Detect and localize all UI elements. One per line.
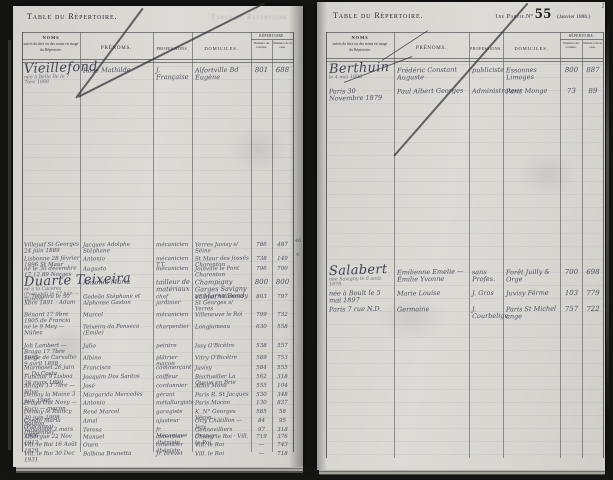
cell-profession: coiffeur [156, 374, 192, 381]
cell-profession: gérant [156, 392, 192, 399]
cell-volume: — [251, 442, 272, 448]
cell-nom-note: née Savigny le 6 août 1878 [329, 276, 392, 287]
cell-prenoms: Antonio [83, 255, 152, 262]
cell-nom: Villejuif St Georges 24 juin 1889 [24, 242, 80, 255]
cell-prenoms: Teixeira da Fonseca (Émile) [83, 323, 152, 336]
cell-domicile: Vill. le Roi [195, 451, 250, 458]
cell-volume: 786 [251, 242, 272, 248]
column-header-domiciles: DOMICILES. [192, 46, 251, 52]
cell-prenoms: Balbina Brunetta [83, 450, 152, 457]
cell-prenoms: Paul Albert Georges [397, 87, 467, 95]
row-ruling [327, 64, 603, 456]
cell-case: 722 [583, 306, 603, 314]
cell-prenoms: Julio [83, 342, 152, 349]
cell-prenoms: Teresa [83, 426, 152, 433]
column-divider [603, 32, 604, 458]
cell-prenoms: Jacques Adolphe Stéphane [83, 241, 152, 254]
column-header-domiciles: DOMICILES. [503, 46, 560, 52]
cell-prenoms: Germaine [397, 305, 467, 313]
cell-domicile: Vitry O'Bicêtre [195, 355, 250, 362]
cell-profession: Jr. Brevet [156, 451, 192, 458]
cell-volume: 585 [251, 409, 272, 415]
column-header-noms-sub: suivis du titre ou des noms en usage [23, 42, 79, 47]
cell-domicile: Essonnes Limoges [506, 67, 559, 82]
cell-nom: Bénard 17 9bre 1905 de Francia [24, 312, 80, 325]
cell-nom: Paris 7 rue N.D. [329, 305, 392, 313]
cell-prenoms: Amal [83, 417, 152, 424]
cell-prenoms: Albino [83, 354, 152, 361]
cell-domicile: Joinville le Pont Charenton [195, 266, 250, 279]
cell-volume: 84 [251, 418, 272, 424]
page-left: Table du Répertoire. Table du Répertoire… [13, 6, 303, 467]
cell-prenoms: Francisco [83, 364, 152, 371]
cell-prenoms: Gedeão Stéphane et Alphonse Gaston [83, 293, 152, 306]
cell-prenoms: Joaquim Dos Santos [83, 373, 152, 380]
cell-profession: commerçant [156, 365, 192, 372]
cell-volume: 530 [251, 392, 272, 398]
cell-profession: publiciste [472, 67, 502, 75]
cell-profession: peintre [156, 343, 192, 350]
cell-volume: 130 [251, 400, 272, 406]
cell-profession: charpentier [156, 324, 192, 331]
cell-profession: mécanicien [156, 312, 192, 319]
cell-profession: J. Gros [472, 290, 502, 298]
cell-prenoms: Antonio Maria [83, 278, 152, 286]
cell-profession: mécanicien [156, 266, 192, 273]
page-right: Table du Répertoire. 1re Partie. N° 55 (… [317, 2, 605, 470]
column-header-numero-case: Numéro de la case. [582, 41, 603, 50]
cell-profession: Administrateur [472, 88, 502, 96]
cell-profession: sans Profes. [472, 269, 502, 284]
cell-volume: 584 [251, 365, 272, 371]
cell-case: 779 [583, 290, 603, 298]
cell-volume: 799 [251, 312, 272, 318]
cell-profession: métallurgiste [156, 400, 192, 407]
cell-prenoms: Marie Louise [397, 289, 467, 297]
cell-domicile: Paris Macon [195, 400, 250, 407]
cell-domicile: Juvisy Férme [506, 290, 559, 298]
column-header-noms: NOMS [331, 35, 389, 41]
cell-volume: 73 [561, 88, 582, 96]
cell-prenoms: Ouen [83, 441, 152, 448]
page-title: Table du Répertoire. [333, 11, 423, 21]
header-rule [326, 58, 603, 59]
cell-domicile: Alfortville Bd Eugène [195, 67, 250, 82]
cell-volume: 97 [251, 427, 272, 433]
cell-nom: — Teixeira le 30 Xbre 1891 · Adam [24, 294, 80, 307]
column-header-numero-volume: Numéro du volume. [560, 41, 582, 50]
cell-case: 698 [583, 269, 603, 277]
cell-volume: 103 [561, 290, 582, 298]
cell-domicile: Villejuif Villennes St Georges s/ Yerres [195, 294, 250, 313]
cell-volume: 719 [251, 434, 272, 440]
cell-nom: née à Boult le 5 mai 1897 [329, 289, 392, 304]
cell-domicile: Juvisy [195, 365, 250, 372]
cell-volume: — [251, 451, 272, 457]
cell-nom-note: née à Belle Île le 7 7bre 1888 [24, 75, 80, 86]
cell-profession: ajusteur [156, 418, 192, 425]
scanned-register-spread: Table du Répertoire. Table du Répertoire… [0, 0, 613, 480]
cell-nom: Vill. le Roi 30 Dec 1931 [24, 451, 80, 464]
cell-volume: 630 [251, 324, 272, 330]
cell-volume: 562 [251, 374, 272, 380]
cell-volume: 538 [251, 343, 272, 349]
cell-volume: 803 [251, 294, 272, 300]
gutter-shadow [289, 6, 303, 467]
gutter-shadow [317, 2, 327, 470]
cell-case: 89 [583, 88, 603, 96]
left-sheet-edge [8, 40, 11, 450]
cell-volume: 800 [561, 67, 582, 75]
cell-volume: 555 [251, 383, 272, 389]
cell-profession: tailleur de matériaux [156, 279, 192, 294]
cell-volume: 700 [561, 269, 582, 277]
cell-prenoms: Manuel [83, 433, 152, 440]
cell-volume: 738 [251, 256, 272, 262]
right-sheet-edge [606, 18, 609, 418]
page-title: Table du Répertoire. [27, 12, 117, 22]
cell-domicile: Paris Monge [506, 88, 559, 96]
folio-number: 55 [535, 5, 552, 24]
bleedthrough-title: Table du Répertoire [211, 13, 287, 22]
cell-volume: 801 [251, 67, 272, 75]
cell-domicile: Yerres Juvisy s/ Séine [195, 242, 250, 255]
column-header-prenoms: PRÉNOMS. [394, 46, 469, 52]
cell-prenoms: Margarida Mercedes [83, 391, 152, 398]
cell-nom: né le 9 May — Núñez [24, 324, 80, 337]
cell-profession: chef jardinier [156, 294, 192, 307]
column-header-prenoms: PRÉNOMS. [80, 46, 153, 52]
cell-domicile: Longjumeau [195, 324, 250, 331]
cell-case: 887 [583, 67, 603, 75]
column-header-noms-sub2: du Répertoire. [23, 48, 79, 53]
cell-profession: cordonnier [156, 383, 192, 390]
cell-profession: J. Française [156, 67, 192, 82]
cell-prenoms: Frédéric Constant Auguste [397, 66, 467, 81]
cell-domicile: Paris R. St Jacques [195, 392, 250, 399]
column-header-noms: NOMS [25, 35, 77, 41]
corner-mark: 1 [601, 2, 605, 10]
cell-prenoms: Antonio [83, 399, 152, 406]
cell-domicile: Villeneuve le Roi [195, 312, 250, 319]
numero-prefix: N° [526, 14, 533, 22]
cell-volume: 796 [251, 266, 272, 272]
cell-profession: J. Courbelige [472, 306, 502, 321]
cell-prenoms: René Marcel [83, 408, 152, 415]
cell-prenoms: Emilienne Emelie — Émilie Yvonne [397, 268, 467, 283]
cell-profession: garagiste [156, 409, 192, 416]
bottom-sheet-edges [319, 470, 605, 475]
cell-domicile: Vill. le Roi [195, 442, 250, 449]
cell-domicile: Paris St Michel ange [506, 306, 559, 321]
column-header-repertoire: RÉPERTOIRE. [251, 34, 293, 38]
cell-nom: Paris 30 Novembre 1879 [329, 87, 392, 102]
cell-prenoms: José [83, 382, 152, 389]
cell-volume: 589 [251, 355, 272, 361]
column-header-noms-sub2: du Répertoire. [329, 48, 391, 53]
column-header-repertoire: RÉPERTOIRE. [560, 34, 603, 38]
cell-volume: 800 [251, 279, 272, 287]
cell-domicile: Athis Mons [195, 383, 250, 390]
cell-volume: 757 [561, 306, 582, 314]
cell-domicile: Forêt Juilly & Orge [506, 269, 559, 284]
column-header-noms-sub: suivis du titre ou des noms en usage [329, 42, 391, 47]
column-header-numero-volume: Numéro du volume. [251, 41, 272, 50]
date-label: (Janvier 1886.) [557, 14, 590, 21]
cell-domicile: Issy O'Bicêtre [195, 343, 250, 350]
bottom-sheet-edges [16, 467, 303, 473]
cell-prenoms: Marcel [83, 311, 152, 318]
cell-profession: mécanicien [156, 242, 192, 249]
